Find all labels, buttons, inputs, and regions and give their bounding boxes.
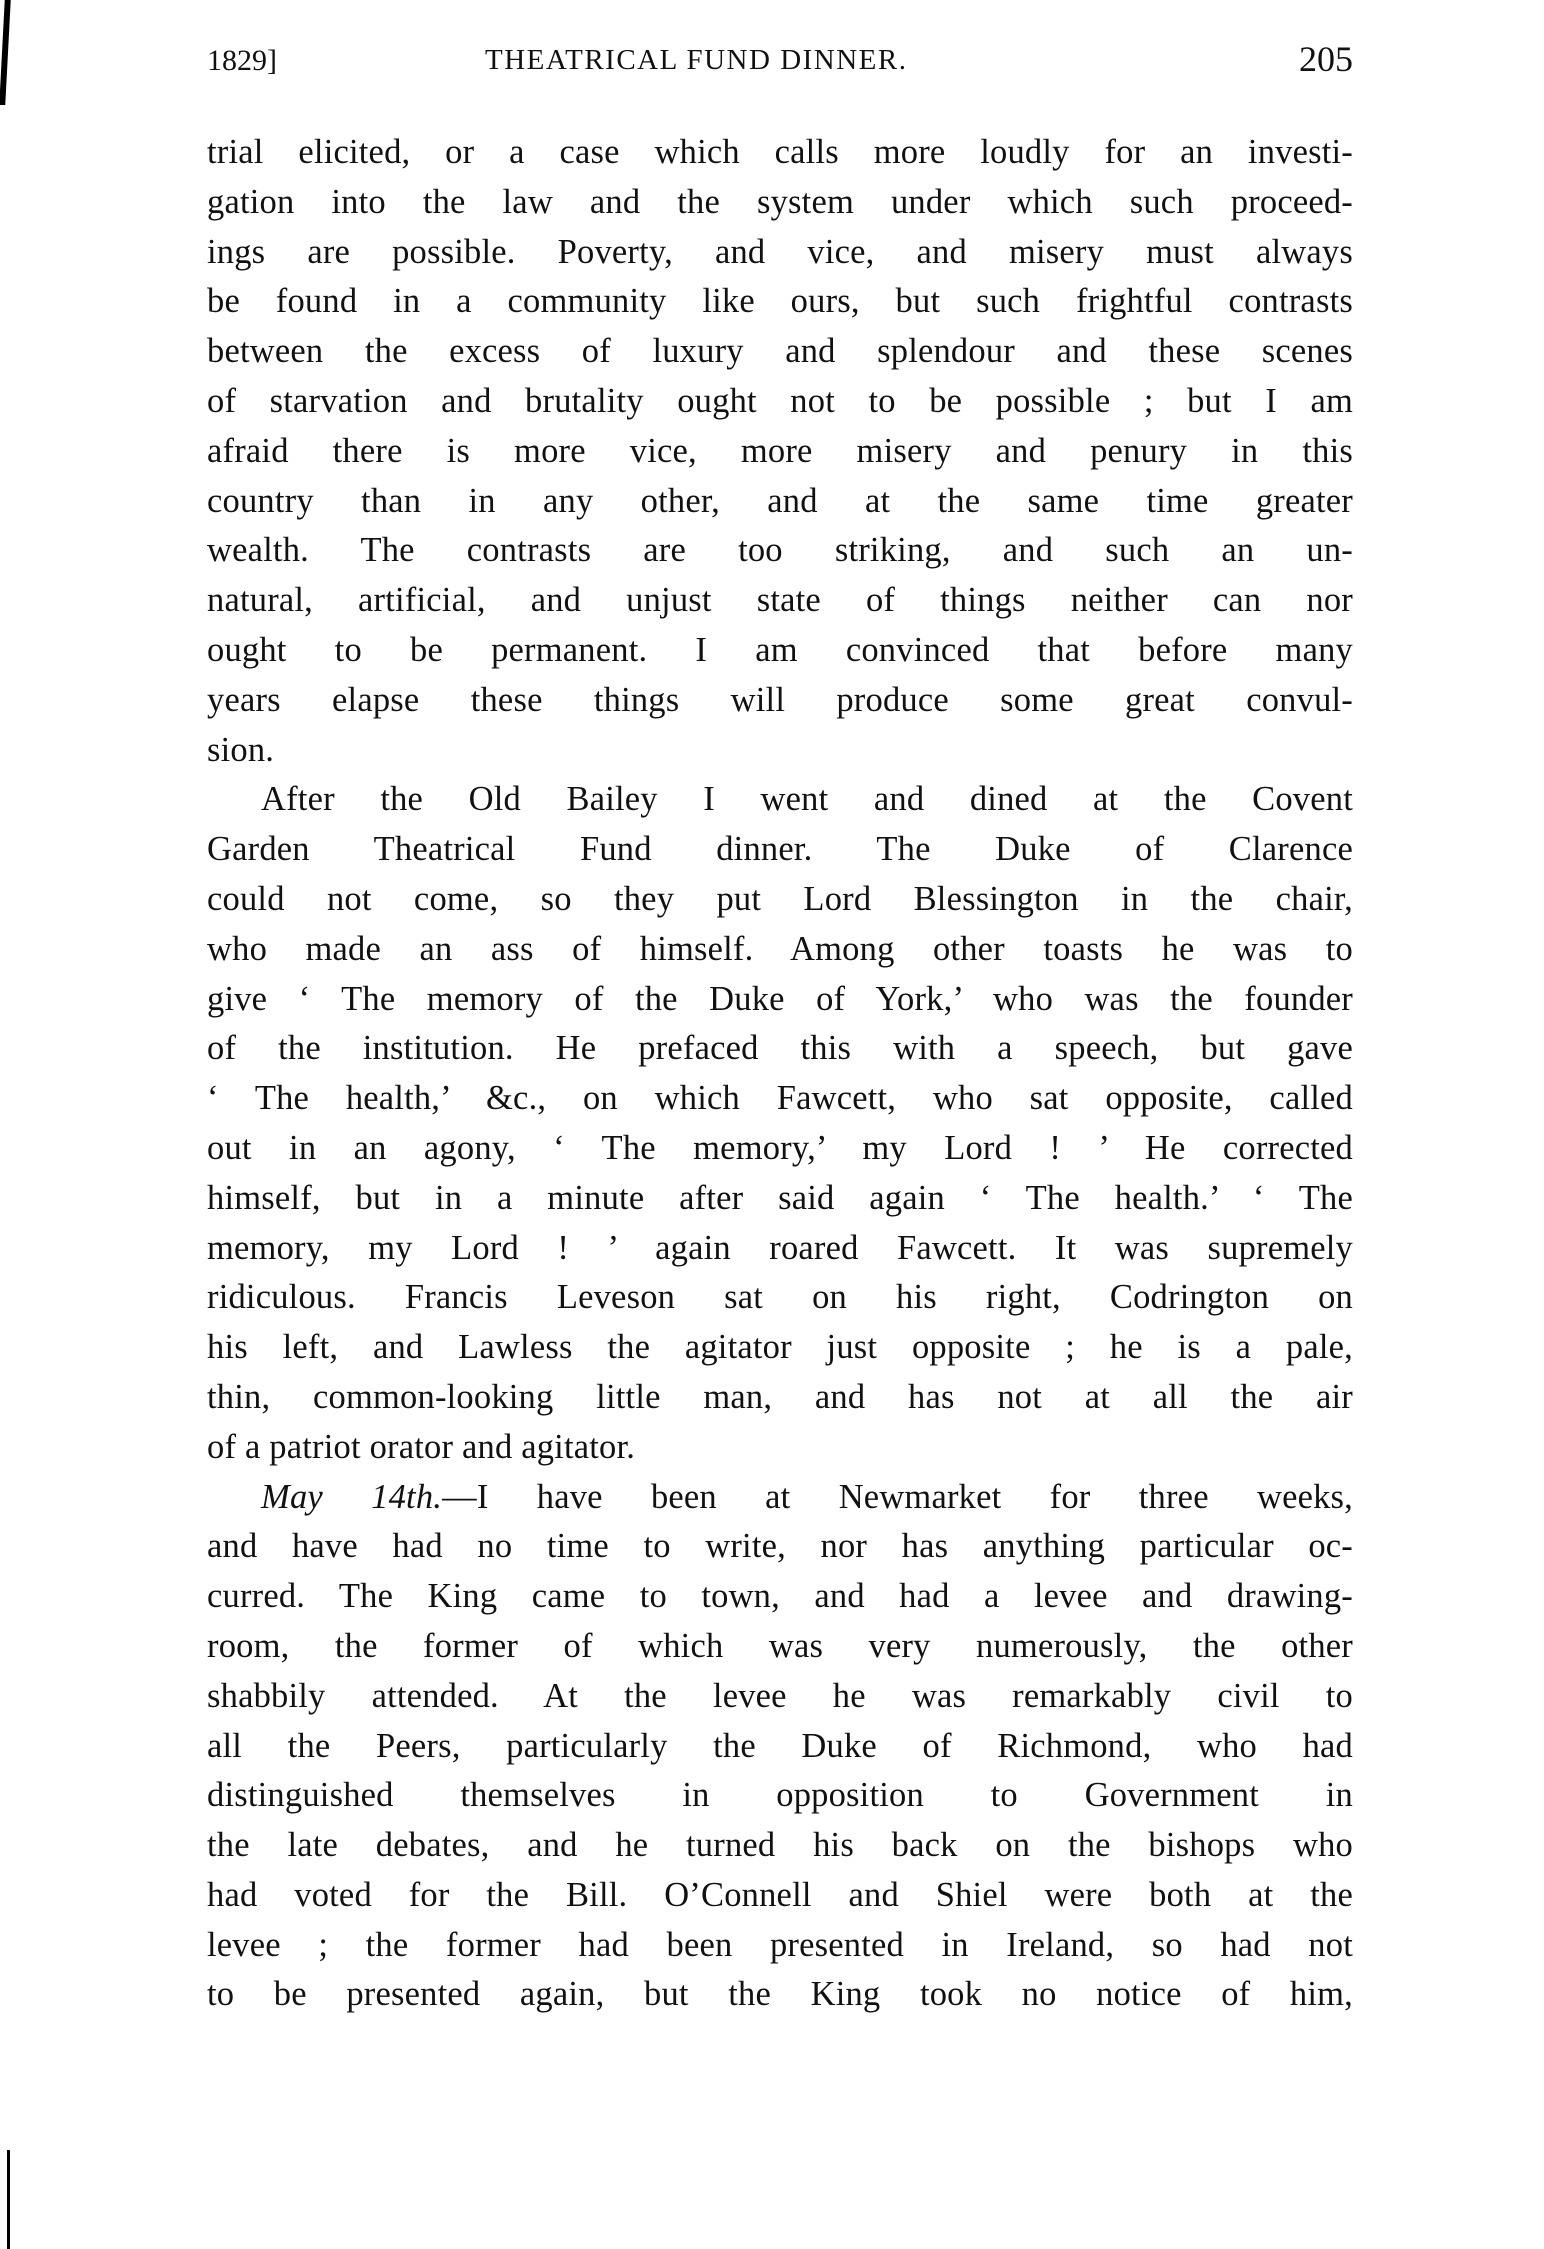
text-line: of a patriot orator and agitator. bbox=[207, 1423, 1353, 1473]
text-line: gation into the law and the system under… bbox=[207, 178, 1353, 228]
text-line: himself, but in a minute after said agai… bbox=[207, 1174, 1353, 1224]
left-margin-scan-edge bbox=[0, 0, 11, 105]
text-line: had voted for the Bill. O’Connell and Sh… bbox=[207, 1871, 1353, 1921]
text-line: and have had no time to write, nor has a… bbox=[207, 1522, 1353, 1572]
text-line: give ‘ The memory of the Duke of York,’ … bbox=[207, 975, 1353, 1025]
text-line: thin, common-looking little man, and has… bbox=[207, 1373, 1353, 1423]
left-margin-scan-edge-bottom bbox=[7, 2150, 10, 2249]
text-line: be found in a community like ours, but s… bbox=[207, 277, 1353, 327]
text-line: to be presented again, but the King took… bbox=[207, 1970, 1353, 2020]
text-line: his left, and Lawless the agitator just … bbox=[207, 1323, 1353, 1373]
text-line: country than in any other, and at the sa… bbox=[207, 477, 1353, 527]
running-head: 1829] THEATRICAL FUND DINNER. 205 bbox=[207, 38, 1353, 88]
paragraph-start-line: After the Old Bailey I went and dined at… bbox=[207, 775, 1353, 825]
text-line: all the Peers, particularly the Duke of … bbox=[207, 1722, 1353, 1772]
page-number: 205 bbox=[1299, 38, 1353, 80]
text-line: ridiculous. Francis Leveson sat on his r… bbox=[207, 1273, 1353, 1323]
body-text: trial elicited, or a case which calls mo… bbox=[207, 128, 1353, 2020]
text-line: sion. bbox=[207, 726, 1353, 776]
paragraph-start-line: May 14th.—I have been at Newmarket for t… bbox=[207, 1473, 1353, 1523]
running-head-title: THEATRICAL FUND DINNER. bbox=[485, 44, 908, 77]
text-line: Garden Theatrical Fund dinner. The Duke … bbox=[207, 825, 1353, 875]
book-page: 1829] THEATRICAL FUND DINNER. 205 trial … bbox=[0, 0, 1544, 2249]
text-line: natural, artificial, and unjust state of… bbox=[207, 576, 1353, 626]
text-line: wealth. The contrasts are too striking, … bbox=[207, 526, 1353, 576]
text-line: the late debates, and he turned his back… bbox=[207, 1821, 1353, 1871]
text-line: ought to be permanent. I am convinced th… bbox=[207, 626, 1353, 676]
text-line: curred. The King came to town, and had a… bbox=[207, 1572, 1353, 1622]
entry-date: May 14th. bbox=[261, 1478, 442, 1516]
text-line: of the institution. He prefaced this wit… bbox=[207, 1024, 1353, 1074]
text-line: trial elicited, or a case which calls mo… bbox=[207, 128, 1353, 178]
text-line: afraid there is more vice, more misery a… bbox=[207, 427, 1353, 477]
text-line: ings are possible. Poverty, and vice, an… bbox=[207, 228, 1353, 278]
text-line: distinguished themselves in opposition t… bbox=[207, 1771, 1353, 1821]
text-line: out in an agony, ‘ The memory,’ my Lord … bbox=[207, 1124, 1353, 1174]
text-line: who made an ass of himself. Among other … bbox=[207, 925, 1353, 975]
text-line: years elapse these things will produce s… bbox=[207, 676, 1353, 726]
text-line: of starvation and brutality ought not to… bbox=[207, 377, 1353, 427]
text-line: shabbily attended. At the levee he was r… bbox=[207, 1672, 1353, 1722]
text-line: could not come, so they put Lord Blessin… bbox=[207, 875, 1353, 925]
entry-text: —I have been at Newmarket for three week… bbox=[442, 1478, 1353, 1516]
text-line: room, the former of which was very numer… bbox=[207, 1622, 1353, 1672]
text-line: levee ; the former had been presented in… bbox=[207, 1921, 1353, 1971]
text-line: ‘ The health,’ &c., on which Fawcett, wh… bbox=[207, 1074, 1353, 1124]
text-line: between the excess of luxury and splendo… bbox=[207, 327, 1353, 377]
text-line: memory, my Lord ! ’ again roared Fawcett… bbox=[207, 1224, 1353, 1274]
running-head-year: 1829] bbox=[207, 44, 277, 78]
